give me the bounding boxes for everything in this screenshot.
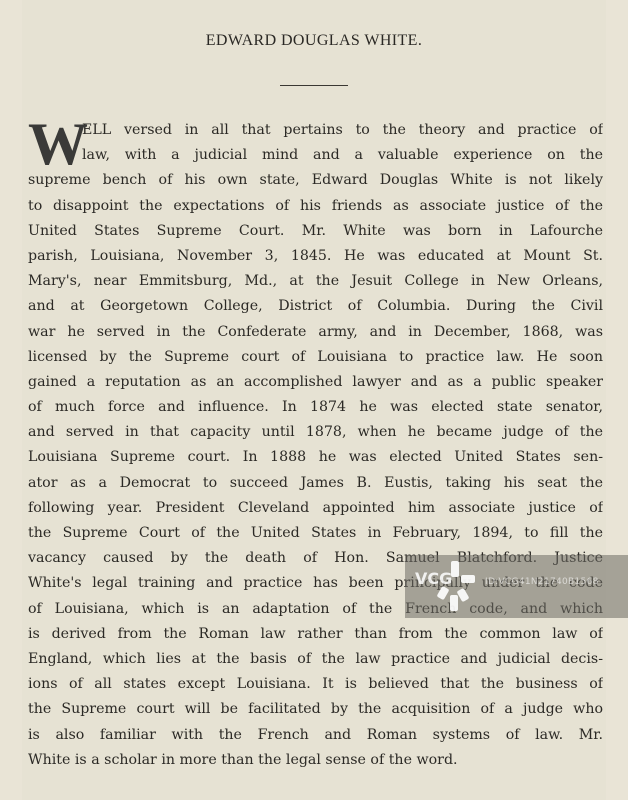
drop-cap: W [28,120,88,168]
article-body: W ELL versed in all that pertains to the… [28,118,603,773]
text-line: is derived from the Roman law rather tha… [28,622,603,647]
text-line: following year. President Cleveland appo… [28,496,603,521]
text-line: gained a reputation as an accomplished l… [28,370,603,395]
title-divider [280,85,348,86]
text-line: parish, Louisiana, November 3, 1845. He … [28,244,603,269]
text-line: United States Supreme Court. Mr. White w… [28,219,603,244]
text-line: Mary's, near Emmitsburg, Md., at the Jes… [28,269,603,294]
text-line: law, with a judicial mind and a valuable… [28,143,603,168]
text-line: licensed by the Supreme court of Louisia… [28,345,603,370]
text-line: ELL versed in all that pertains to the t… [28,118,603,143]
text-line: of Louisiana, which is an adaptation of … [28,597,603,622]
text-line: of much force and influence. In 1874 he … [28,395,603,420]
text-line: England, which lies at the basis of the … [28,647,603,672]
text-line: war he served in the Confederate army, a… [28,320,603,345]
text-line: supreme bench of his own state, Edward D… [28,168,603,193]
text-line: is also familiar with the French and Rom… [28,723,603,748]
text-line: vacancy caused by the death of Hon. Samu… [28,546,603,571]
text-line: ator as a Democrat to succeed James B. E… [28,471,603,496]
text-line: the Supreme Court of the United States i… [28,521,603,546]
text-line: ions of all states except Louisiana. It … [28,672,603,697]
page-title: EDWARD DOUGLAS WHITE. [0,32,628,50]
text-line: the Supreme court will be facilitated by… [28,697,603,722]
text-line: and at Georgetown College, District of C… [28,294,603,319]
text-line: to disappoint the expectations of his fr… [28,194,603,219]
text-line: White is a scholar in more than the lega… [28,748,603,773]
text-line: and served in that capacity until 1878, … [28,420,603,445]
text-line: Louisiana Supreme court. In 1888 he was … [28,445,603,470]
text-line: White's legal training and practice has … [28,571,603,596]
